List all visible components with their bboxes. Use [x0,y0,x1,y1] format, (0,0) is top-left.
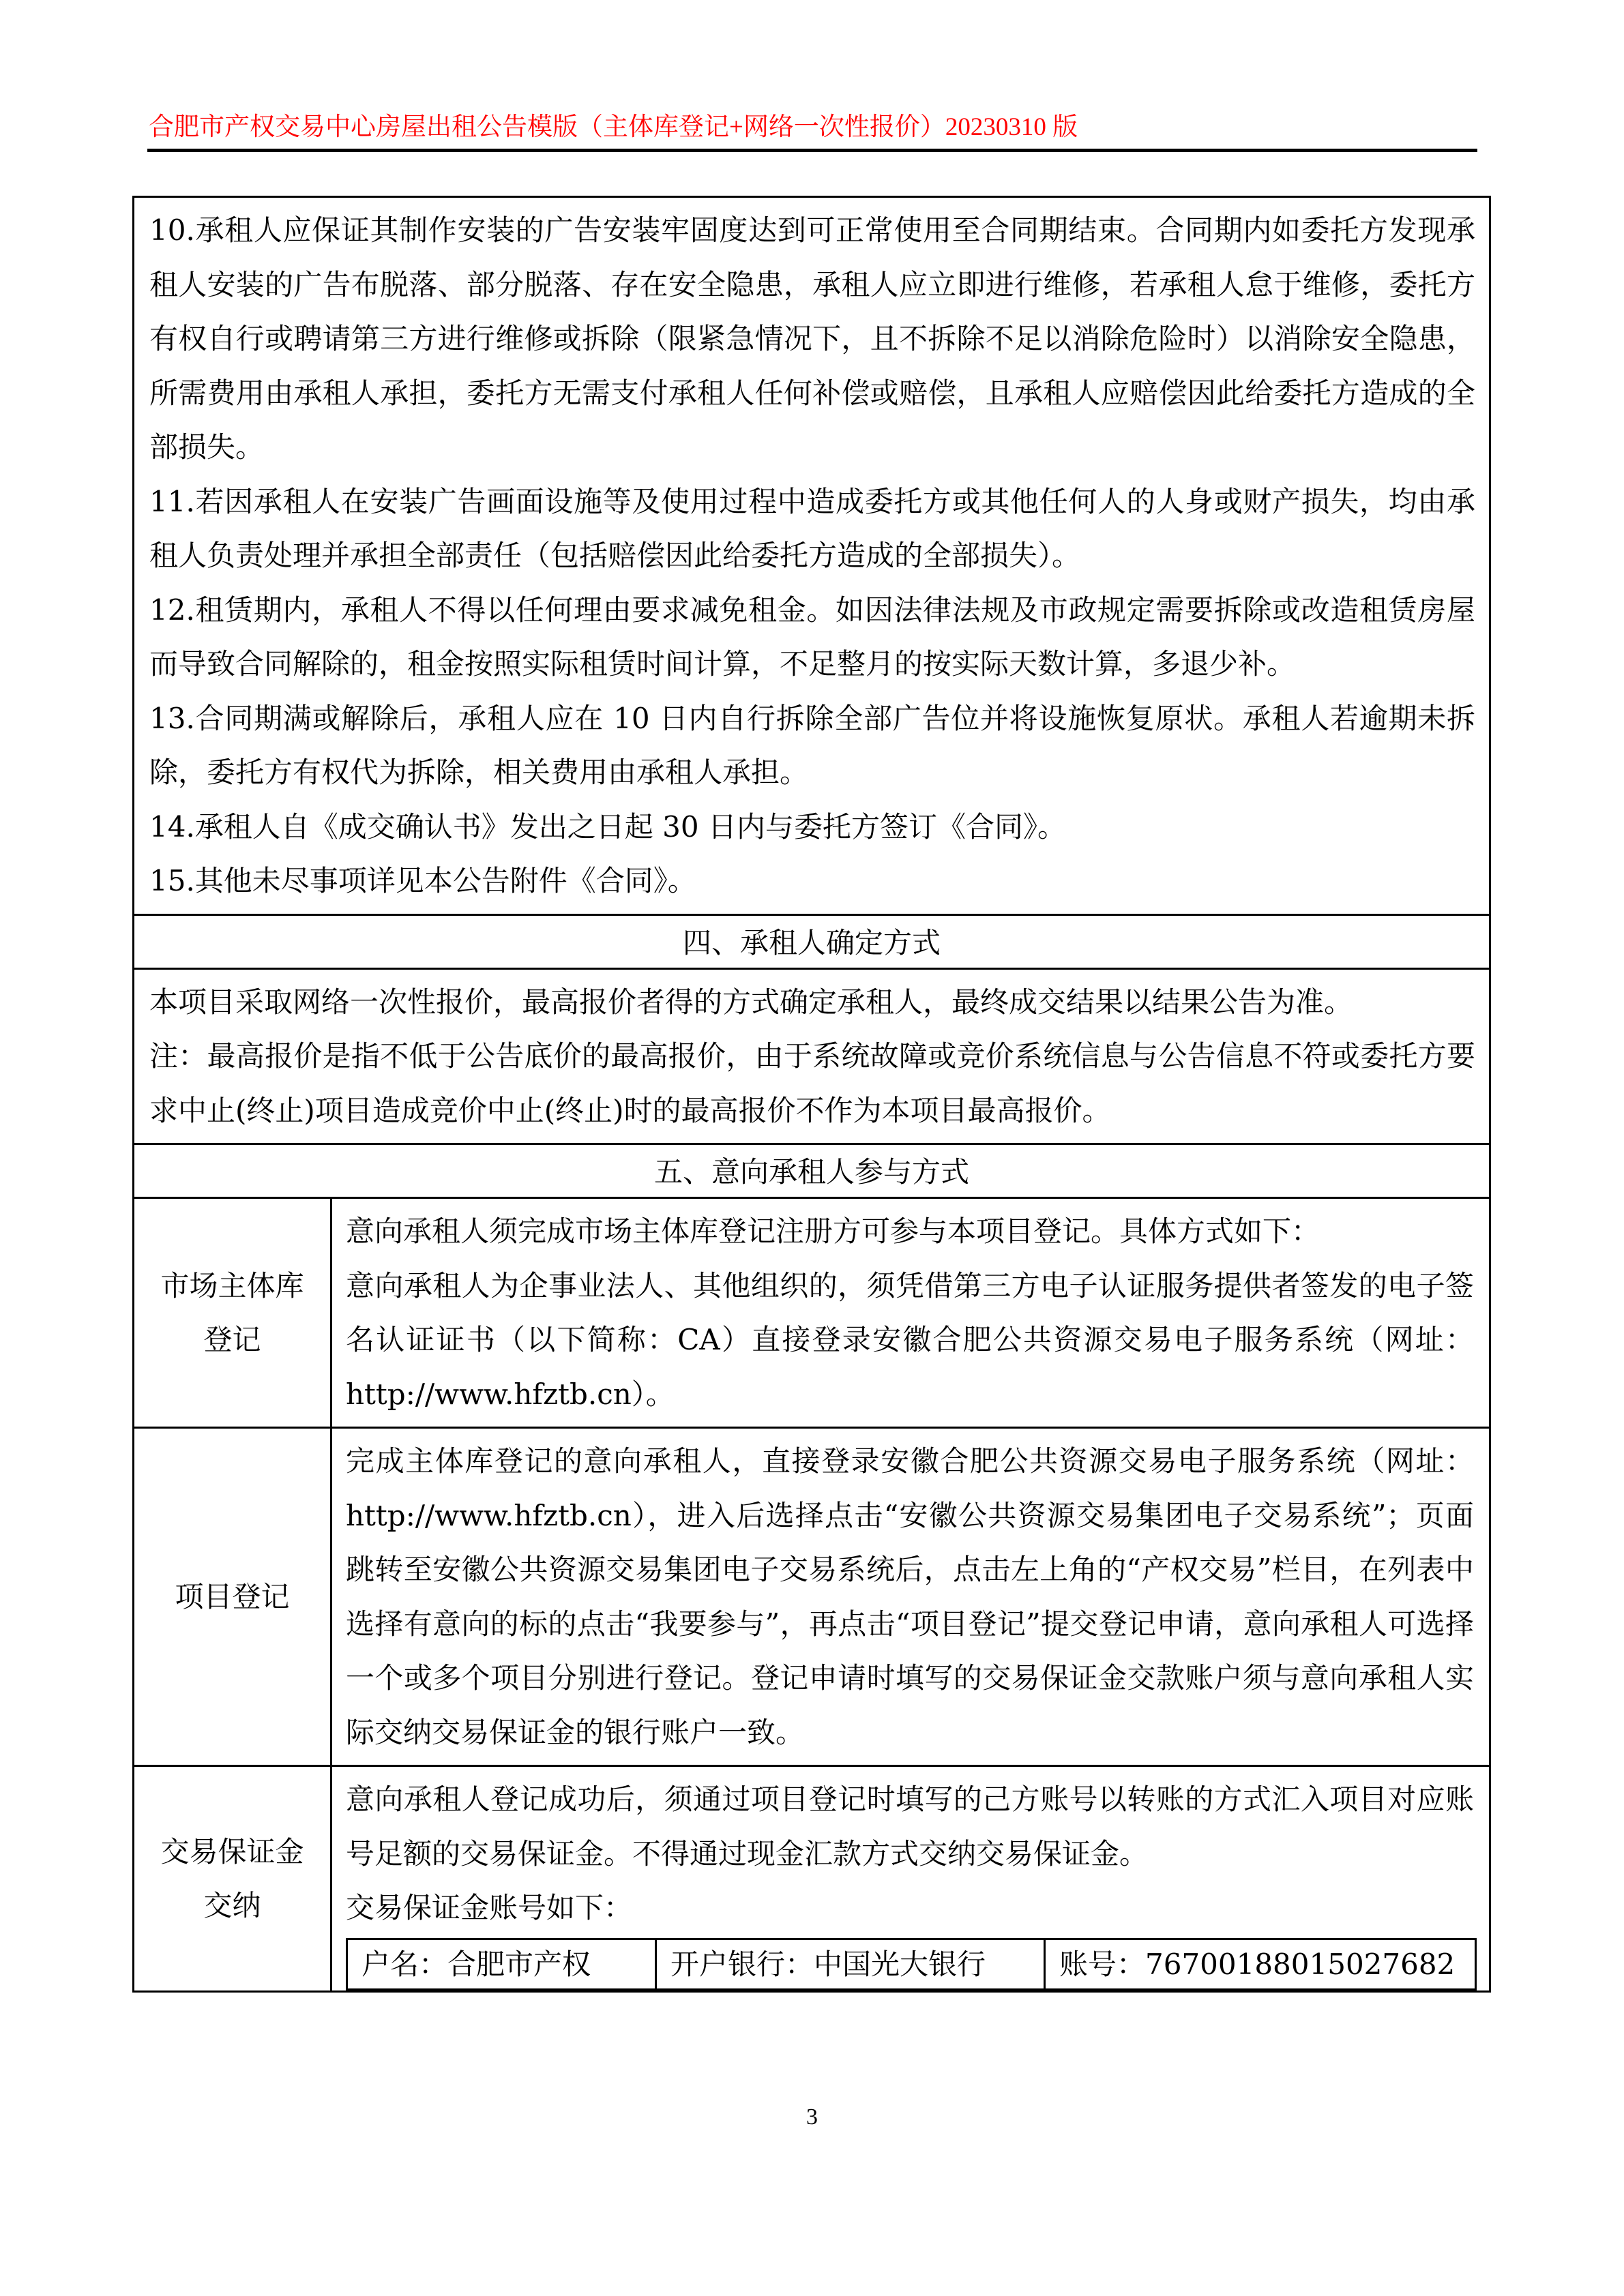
section4-paragraph: 本项目采取网络一次性报价，最高报价者得的方式确定承租人，最终成交结果以结果公告为… [149,975,1475,1030]
clause-11: 11.若因承租人在安装广告画面设施等及使用过程中造成委托方或其他任何人的人身或财… [149,475,1475,583]
row-deposit-payment: 交易保证金交纳 意向承租人登记成功后，须通过项目登记时填写的己方账号以转账的方式… [134,1767,1489,1991]
row-paragraph: 完成主体库登记的意向承租人，直接登录安徽合肥公共资源交易电子服务系统（网址：ht… [346,1434,1474,1759]
row-project-registration: 项目登记 完成主体库登记的意向承租人，直接登录安徽合肥公共资源交易电子服务系统（… [134,1429,1489,1767]
page-number: 3 [0,2104,1624,2130]
clause-14: 14.承租人自《成交确认书》发出之日起 30 日内与委托方签订《合同》。 [149,800,1475,854]
clause-12: 12.租赁期内，承租人不得以任何理由要求减免租金。如因法律法规及市政规定需要拆除… [149,583,1475,691]
row-paragraph: 交易保证金账号如下： [346,1881,1474,1935]
clause-13: 13.合同期满或解除后，承租人应在 10 日内自行拆除全部广告位并将设施恢复原状… [149,691,1475,800]
clauses-row: 10.承租人应保证其制作安装的广告安装牢固度达到可正常使用至合同期结束。合同期内… [134,198,1489,916]
account-name: 户名：合肥市产权 [348,1940,655,1988]
account-number: 账号：76700188015027682 [1044,1940,1475,1988]
document-header-title: 合肥市产权交易中心房屋出租公告模版（主体库登记+网络一次性报价）20230310… [149,110,1078,145]
clauses-list: 10.承租人应保证其制作安装的广告安装牢固度达到可正常使用至合同期结束。合同期内… [134,198,1489,914]
row-label: 市场主体库登记 [134,1199,332,1427]
row-market-registration: 市场主体库登记 意向承租人须完成市场主体库登记注册方可参与本项目登记。具体方式如… [134,1199,1489,1429]
row-content: 完成主体库登记的意向承租人，直接登录安徽合肥公共资源交易电子服务系统（网址：ht… [332,1429,1489,1765]
row-paragraph: 意向承租人登记成功后，须通过项目登记时填写的己方账号以转账的方式汇入项目对应账号… [346,1772,1474,1881]
section5-heading: 五、意向承租人参与方式 [134,1145,1489,1199]
section4-heading: 四、承租人确定方式 [134,916,1489,970]
row-paragraph: 意向承租人须完成市场主体库登记注册方可参与本项目登记。具体方式如下： [346,1204,1474,1259]
deposit-account-table: 户名：合肥市产权 开户银行：中国光大银行 账号：7670018801502768… [346,1938,1477,1991]
announcement-table: 10.承租人应保证其制作安装的广告安装牢固度达到可正常使用至合同期结束。合同期内… [132,196,1491,1993]
section4-text: 本项目采取网络一次性报价，最高报价者得的方式确定承租人，最终成交结果以结果公告为… [134,970,1489,1144]
row-content: 意向承租人须完成市场主体库登记注册方可参与本项目登记。具体方式如下： 意向承租人… [332,1199,1489,1427]
clause-15: 15.其他未尽事项详见本公告附件《合同》。 [149,854,1475,908]
section4-note: 注：最高报价是指不低于公告底价的最高报价，由于系统故障或竞价系统信息与公告信息不… [149,1029,1475,1137]
row-paragraph: 意向承租人为企事业法人、其他组织的，须凭借第三方电子认证服务提供者签发的电子签名… [346,1259,1474,1422]
header-divider [147,149,1477,152]
account-bank: 开户银行：中国光大银行 [655,1940,1044,1988]
row-label: 交易保证金交纳 [134,1767,332,1991]
clause-10: 10.承租人应保证其制作安装的广告安装牢固度达到可正常使用至合同期结束。合同期内… [149,203,1475,475]
row-label: 项目登记 [134,1429,332,1765]
section4-body: 本项目采取网络一次性报价，最高报价者得的方式确定承租人，最终成交结果以结果公告为… [134,970,1489,1146]
row-content: 意向承租人登记成功后，须通过项目登记时填写的己方账号以转账的方式汇入项目对应账号… [332,1767,1489,1991]
